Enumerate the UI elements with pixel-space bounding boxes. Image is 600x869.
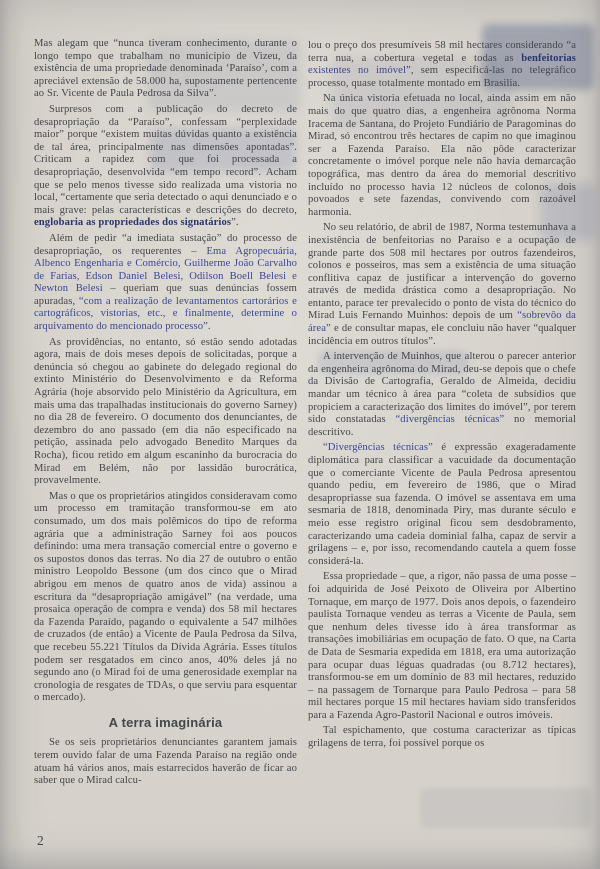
text-run: Surpresos com a publicação do decreto de… — [34, 104, 297, 216]
paragraph: As providências, no entanto, só estão se… — [34, 337, 297, 488]
left-column: Mas alegam que “nunca tiveram conhecimen… — [34, 38, 297, 791]
text-run: As providências, no entanto, só estão se… — [34, 337, 297, 487]
highlighted-phrase: “divergências técnicas” — [396, 414, 505, 425]
page-number: 2 — [37, 833, 44, 849]
text-run: Tal espichamento, que costuma caracteriz… — [308, 725, 576, 749]
text-run: é expressão exageradamente diplomática p… — [308, 442, 576, 566]
paragraph: Tal espichamento, que costuma caracteriz… — [308, 725, 576, 750]
text-run: Na única vistoria efetuada no local, ain… — [308, 93, 576, 217]
paragraph: Se os seis proprietários denunciantes ga… — [34, 737, 297, 787]
section-heading: A terra imaginária — [34, 717, 297, 730]
text-run: No seu relatório, de abril de 1987, Norm… — [308, 222, 576, 321]
text-run: Mas o que os proprietários atingidos con… — [34, 491, 297, 704]
paragraph: No seu relatório, de abril de 1987, Norm… — [308, 222, 576, 348]
highlighted-phrase: existentes no imóvel — [308, 65, 406, 76]
text-run: Essa propriedade – que, a rigor, não pas… — [308, 571, 576, 721]
text-run: ”. — [231, 217, 239, 228]
paragraph: Essa propriedade – que, a rigor, não pas… — [308, 571, 576, 722]
paragraph: A intervenção de Muinhos, que alterou o … — [308, 351, 576, 439]
text-run: Mas alegam que “nunca tiveram conhecimen… — [34, 38, 297, 99]
right-column: lou o preço dos presumíveis 58 mil hecta… — [308, 40, 576, 754]
paragraph: “Divergências técnicas” é expressão exag… — [308, 442, 576, 568]
highlighted-phrase: benfeitorias — [521, 53, 576, 64]
magazine-page: { "article": { "page_number": "2", "colo… — [0, 0, 600, 869]
paragraph: Mas o que os proprietários atingidos con… — [34, 491, 297, 705]
highlighted-phrase: englobaria as propriedades dos signatári… — [34, 217, 231, 228]
paragraph: Mas alegam que “nunca tiveram conhecimen… — [34, 38, 297, 101]
text-run: e de consultar mapas, ele concluiu não h… — [308, 323, 576, 347]
paragraph: Surpresos com a publicação do decreto de… — [34, 104, 297, 230]
highlighted-phrase: “Divergências técnicas” — [323, 442, 433, 453]
paragraph: Além de pedir “a imediata sustação” do p… — [34, 233, 297, 334]
paragraph: Na única vistoria efetuada no local, ain… — [308, 93, 576, 219]
paragraph: lou o preço dos presumíveis 58 mil hecta… — [308, 40, 576, 90]
text-run: Se os seis proprietários denunciantes ga… — [34, 737, 297, 786]
